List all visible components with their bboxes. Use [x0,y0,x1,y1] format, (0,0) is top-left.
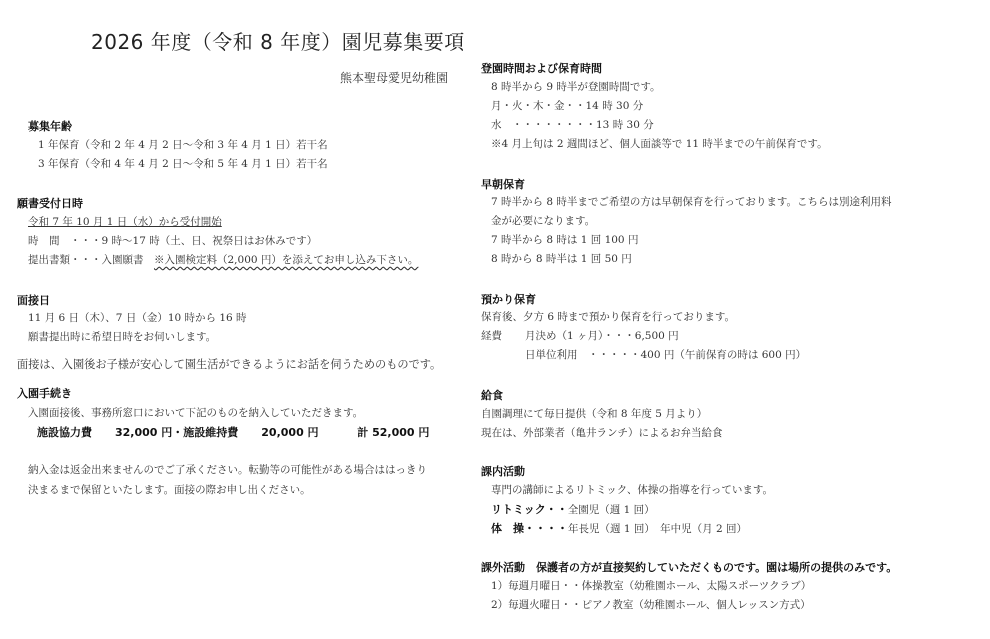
extracurricular-heading: 課外活動 保護者の方が直接契約していただくものです。園は場所の提供のみです。 [481,559,897,575]
interview-heading: 面接日 [17,292,50,308]
rhythmic-text: 全園児（週 1 回） [568,504,655,516]
extracurricular-item: 1）毎週月曜日・・体操教室（幼稚園ホール、太陽スポーツクラブ） [491,578,811,593]
early-care-heading: 早朝保育 [481,176,525,192]
curricular-rhythmic: リトミック・・全園児（週 1 回） [491,501,655,517]
hours-line: ※4 月上旬は 2 週間ほど、個人面談等で 11 時半までの午前保育です。 [491,136,828,151]
early-care-line: 7 時半から 8 時半までご希望の方は早朝保育を行っております。こちらは別途利用… [491,194,892,209]
extended-care-heading: 預かり保育 [481,291,536,307]
hours-line: 水 ・・・・・・・・13 時 30 分 [491,117,654,132]
early-care-line: 金が必要になります。 [491,213,595,228]
enrollment-heading: 入園手続き [17,385,72,401]
curricular-gym: 体 操・・・・年長児（週 1 回） 年中児（月 2 回） [491,520,747,536]
enrollment-fees: 施設協力費32,000 円・施設維持費20,000 円計 52,000 円 [37,424,429,440]
extracurricular-item: 2）毎週火曜日・・ピアノ教室（幼稚園ホール、個人レッスン方式） [491,597,811,612]
lunch-heading: 給食 [481,387,503,403]
fee-maint-label: 施設維持費 [183,424,261,440]
rhythmic-label: リトミック・・ [491,503,568,516]
hours-line: 8 時半から 9 時半が登園時間です。 [491,79,661,94]
extended-care-monthly: 月決め（1 ヶ月）・・・6,500 円 [525,328,679,343]
lunch-line: 自園調理にて毎日提供（令和 8 年度 5 月より） [481,406,707,421]
fee-coop-label: 施設協力費 [37,424,115,440]
gym-text: 年長児（週 1 回） 年中児（月 2 回） [568,523,747,535]
recruit-age-line: 1 年保育（令和 2 年 4 月 2 日〜令和 3 年 4 月 1 日）若干名 [38,137,328,152]
curricular-intro: 専門の講師によるリトミック、体操の指導を行っています。 [491,482,773,497]
fee-maint-amount: 20,000 円 [261,424,357,440]
extended-care-daily: 日単位利用 ・・・・・400 円（午前保育の時は 600 円） [525,347,806,362]
early-care-line: 7 時半から 8 時は 1 回 100 円 [491,232,638,247]
extended-care-cost-label: 経費 [481,328,502,343]
application-documents: 提出書類・・・入園願書 ※入園検定料（2,000 円）を添えてお申し込み下さい。 [28,252,418,267]
enrollment-intro: 入園面接後、事務所窓口において下記のものを納入していただきます。 [28,405,363,420]
lunch-line: 現在は、外部業者（亀井ランチ）によるお弁当給食 [481,425,723,440]
interview-line: 願書提出時に希望日時をお伺いします。 [28,329,216,344]
application-heading: 願書受付日時 [17,195,83,211]
fee-total: 計 52,000 円 [357,426,429,439]
interview-line: 11 月 6 日（木）、7 日（金）10 時から 16 時 [28,310,247,325]
fee-coop-amount: 32,000 円・ [115,426,183,439]
recruit-age-heading: 募集年齢 [28,118,72,134]
documents-label: 提出書類・・・入園願書 [28,254,154,266]
interview-note: 面接は、入園後お子様が安心して園生活ができるようにお話を伺うためのものです。 [17,356,441,372]
extended-care-intro: 保育後、夕方 6 時まで預かり保育を行っております。 [481,309,735,324]
hours-heading: 登園時間および保育時間 [481,60,602,76]
application-start: 令和 7 年 10 月 1 日（水）から受付開始 [28,214,222,229]
early-care-line: 8 時から 8 時半は 1 回 50 円 [491,251,632,266]
gym-label: 体 操・・・・ [491,522,568,535]
organization-name: 熊本聖母愛児幼稚園 [340,69,448,86]
application-hours: 時 間 ・・・9 時〜17 時（土、日、祝祭日はお休みです） [28,233,317,248]
enrollment-note: 納入金は返金出来ませんのでご了承ください。転勤等の可能性がある場合ははっきり [28,462,427,477]
enrollment-note: 決まるまで保留といたします。面接の際お申し出ください。 [28,482,311,497]
documents-note: ※入園検定料（2,000 円）を添えてお申し込み下さい。 [154,254,418,266]
recruit-age-line: 3 年保育（令和 4 年 4 月 2 日〜令和 5 年 4 月 1 日）若干名 [38,156,328,171]
curricular-heading: 課内活動 [481,463,525,479]
hours-line: 月・火・木・金・・14 時 30 分 [491,98,643,113]
page-title: 2026 年度（令和 8 年度）園児募集要項 [91,26,465,55]
